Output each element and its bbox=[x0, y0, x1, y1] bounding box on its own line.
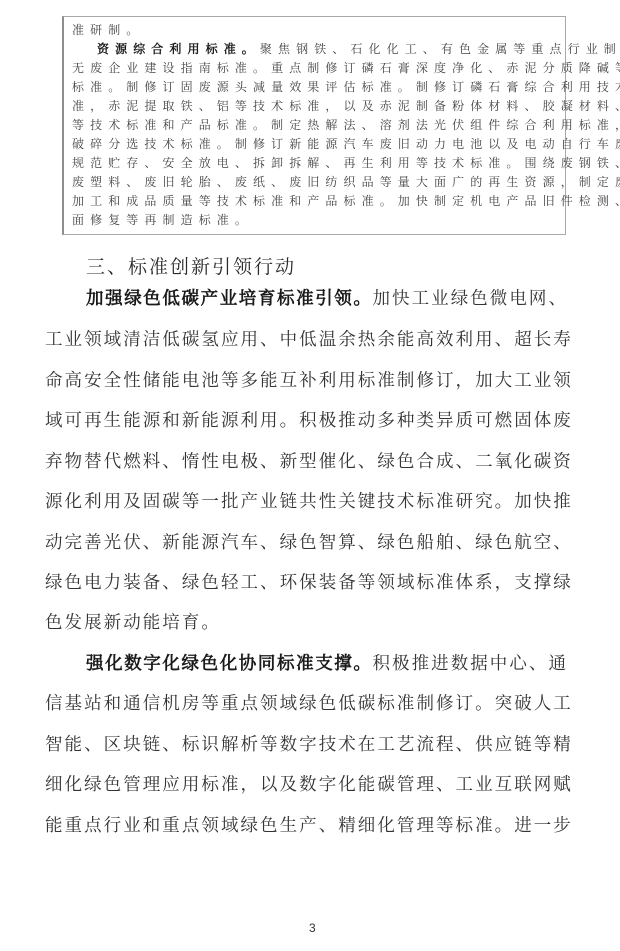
box-line-text: 加工和成品质量等技术标准和产品标准。加快制定机电产品旧件检测、无损探伤、表 bbox=[72, 194, 620, 208]
box-line-text: 废塑料、废旧轮胎、废纸、废旧纺织品等量大面广的再生资源，制定废料检测、来料 bbox=[72, 175, 620, 189]
box-line-text: 准，赤泥提取铁、铝等技术标准，以及赤泥制备粉体材料、胶凝材料、建筑陶瓷材料 bbox=[72, 99, 620, 113]
box-line-lead: 资源综合利用标准。 bbox=[97, 42, 260, 56]
box-line: 破碎分选技术标准。制修订新能源汽车废旧动力电池以及电动自行车废锂离子蓄电池 bbox=[72, 137, 620, 151]
paragraph-line: 源化利用及固碳等一批产业链共性关键技术标准研究。加快推 bbox=[45, 491, 573, 513]
paragraph-lead: 强化数字化绿色化协同标准支撑。 bbox=[86, 654, 373, 674]
paragraph-text: 源化利用及固碳等一批产业链共性关键技术标准研究。加快推 bbox=[45, 492, 573, 512]
paragraph-line: 弃物替代燃料、惰性电极、新型催化、绿色合成、二氧化碳资 bbox=[45, 451, 573, 473]
box-line: 废塑料、废旧轮胎、废纸、废旧纺织品等量大面广的再生资源，制定废料检测、来料 bbox=[72, 175, 620, 189]
paragraph-text: 弃物替代燃料、惰性电极、新型催化、绿色合成、二氧化碳资 bbox=[45, 452, 573, 472]
paragraph-text: 积极推进数据中心、通 bbox=[373, 654, 569, 674]
paragraph-text: 智能、区块链、标识解析等数字技术在工艺流程、供应链等精 bbox=[45, 735, 573, 755]
paragraph-line: 加强绿色低碳产业培育标准引领。加快工业绿色微电网、 bbox=[86, 288, 568, 310]
paragraph-line: 域可再生能源和新能源利用。积极推动多种类异质可燃固体废 bbox=[45, 410, 573, 432]
paragraph-line: 能重点行业和重点领域绿色生产、精细化管理等标准。进一步 bbox=[45, 815, 573, 837]
box-line-text: 规范贮存、安全放电、拆卸拆解、再生利用等技术标准。围绕废钢铁、废有色金属、 bbox=[72, 156, 620, 170]
box-line-text: 聚焦钢铁、石化化工、有色金属等重点行业制定无废园区、 bbox=[260, 42, 620, 56]
box-line: 无废企业建设指南标准。重点制修订磷石膏深度净化、赤泥分质降碱等源头减量技术 bbox=[72, 61, 620, 75]
paragraph-text: 动完善光伏、新能源汽车、绿色智算、绿色船舶、绿色航空、 bbox=[45, 533, 573, 553]
paragraph-line: 细化绿色管理应用标准，以及数字化能碳管理、工业互联网赋 bbox=[45, 774, 573, 796]
box-line: 等技术标准和产品标准。制定热解法、溶剂法光伏组件综合利用标准，退役风机叶片 bbox=[72, 118, 620, 132]
paragraph-lead: 加强绿色低碳产业培育标准引领。 bbox=[86, 289, 373, 309]
box-line: 标准。制修订固废源头减量效果评估标准。制修订磷石膏综合利用技术标准和产品标 bbox=[72, 80, 620, 94]
paragraph-line: 命高安全性储能电池等多能互补利用标准制修订，加大工业领 bbox=[45, 370, 573, 392]
box-line: 加工和成品质量等技术标准和产品标准。加快制定机电产品旧件检测、无损探伤、表 bbox=[72, 194, 620, 208]
box-line-text: 破碎分选技术标准。制修订新能源汽车废旧动力电池以及电动自行车废锂离子蓄电池 bbox=[72, 137, 620, 151]
paragraph-text: 域可再生能源和新能源利用。积极推动多种类异质可燃固体废 bbox=[45, 411, 573, 431]
box-line-text: 标准。制修订固废源头减量效果评估标准。制修订磷石膏综合利用技术标准和产品标 bbox=[72, 80, 620, 94]
box-line: 规范贮存、安全放电、拆卸拆解、再生利用等技术标准。围绕废钢铁、废有色金属、 bbox=[72, 156, 620, 170]
paragraph-text: 命高安全性储能电池等多能互补利用标准制修订，加大工业领 bbox=[45, 371, 573, 391]
page-number: 3 bbox=[309, 921, 316, 935]
box-line-text: 准研制。 bbox=[72, 23, 144, 37]
paragraph-text: 细化绿色管理应用标准，以及数字化能碳管理、工业互联网赋 bbox=[45, 775, 573, 795]
paragraph-text: 色发展新动能培育。 bbox=[45, 613, 221, 633]
box-line-text: 等技术标准和产品标准。制定热解法、溶剂法光伏组件综合利用标准，退役风机叶片 bbox=[72, 118, 620, 132]
paragraph-line: 色发展新动能培育。 bbox=[45, 612, 221, 634]
paragraph-line: 强化数字化绿色化协同标准支撑。积极推进数据中心、通 bbox=[86, 653, 568, 675]
paragraph-text: 工业领域清洁低碳氢应用、中低温余热余能高效利用、超长寿 bbox=[45, 330, 573, 350]
section-heading: 三、标准创新引领行动 bbox=[86, 252, 296, 279]
paragraph-line: 动完善光伏、新能源汽车、绿色智算、绿色船舶、绿色航空、 bbox=[45, 532, 573, 554]
paragraph-text: 绿色电力装备、绿色轻工、环保装备等领域标准体系，支撑绿 bbox=[45, 573, 573, 593]
paragraph-line: 工业领域清洁低碳氢应用、中低温余热余能高效利用、超长寿 bbox=[45, 329, 573, 351]
paragraph-line: 信基站和通信机房等重点领域绿色低碳标准制修订。突破人工 bbox=[45, 693, 573, 715]
paragraph-line: 绿色电力装备、绿色轻工、环保装备等领域标准体系，支撑绿 bbox=[45, 572, 573, 594]
box-line: 准，赤泥提取铁、铝等技术标准，以及赤泥制备粉体材料、胶凝材料、建筑陶瓷材料 bbox=[72, 99, 620, 113]
standards-callout-box: 准研制。 资源综合利用标准。聚焦钢铁、石化化工、有色金属等重点行业制定无废园区、… bbox=[62, 16, 566, 235]
box-line: 准研制。 bbox=[72, 23, 144, 37]
box-line-text: 面修复等再制造标准。 bbox=[72, 213, 253, 227]
box-line: 资源综合利用标准。聚焦钢铁、石化化工、有色金属等重点行业制定无废园区、 bbox=[97, 42, 620, 56]
box-line-text: 无废企业建设指南标准。重点制修订磷石膏深度净化、赤泥分质降碱等源头减量技术 bbox=[72, 61, 620, 75]
paragraph-text: 能重点行业和重点领域绿色生产、精细化管理等标准。进一步 bbox=[45, 816, 573, 836]
paragraph-line: 智能、区块链、标识解析等数字技术在工艺流程、供应链等精 bbox=[45, 734, 573, 756]
box-line: 面修复等再制造标准。 bbox=[72, 213, 253, 227]
paragraph-text: 加快工业绿色微电网、 bbox=[373, 289, 569, 309]
paragraph-text: 信基站和通信机房等重点领域绿色低碳标准制修订。突破人工 bbox=[45, 694, 573, 714]
